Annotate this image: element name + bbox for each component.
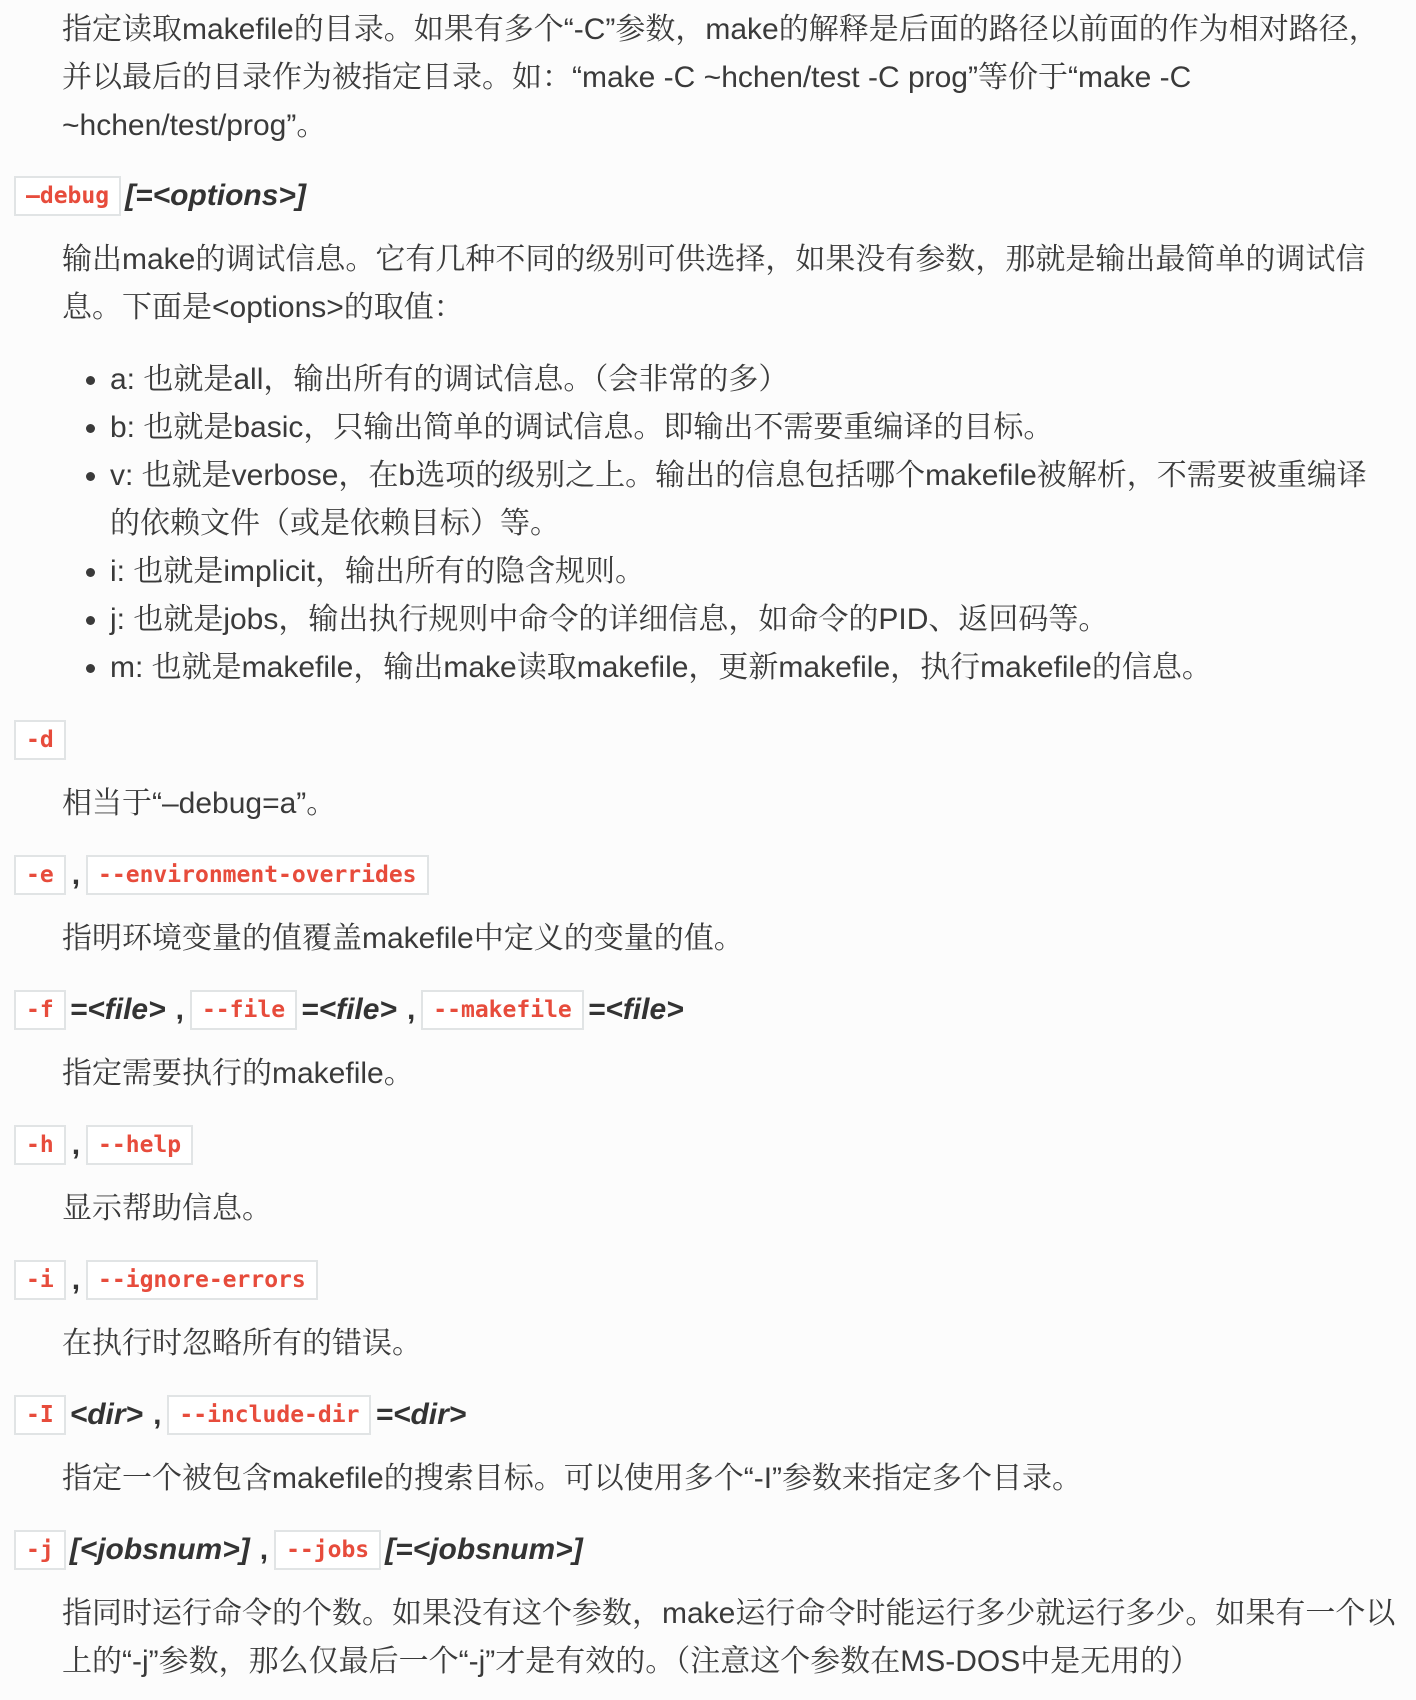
separator: , <box>72 1263 80 1297</box>
separator: , <box>260 1533 268 1567</box>
list-item: j: 也就是jobs，输出执行规则中命令的详细信息，如命令的PID、返回码等。 <box>110 596 1396 644</box>
flag-f: -f <box>14 990 66 1030</box>
flag-ignore-errors: --ignore-errors <box>86 1260 318 1300</box>
flag-environment-overrides: --environment-overrides <box>86 855 429 895</box>
flag-I: -I <box>14 1395 66 1435</box>
option-j: -j [<jobsnum>], --jobs [=<jobsnum>] <box>14 1530 587 1570</box>
flag-file: --file <box>190 990 297 1030</box>
list-item: b: 也就是basic，只输出简单的调试信息。即输出不需要重编译的目标。 <box>110 404 1396 452</box>
arg-dir: =<dir> <box>375 1398 466 1432</box>
flag-debug: –debug <box>14 176 121 216</box>
arg-options: [=<options>] <box>125 179 306 213</box>
flag-j: -j <box>14 1530 66 1570</box>
option-d: -d <box>14 720 66 760</box>
arg-jobsnum: [=<jobsnum>] <box>385 1533 583 1567</box>
option-i: -i , --ignore-errors <box>14 1260 318 1300</box>
flag-makefile: --makefile <box>421 990 583 1030</box>
e-description: 指明环境变量的值覆盖makefile中定义的变量的值。 <box>62 915 1396 963</box>
option-debug: –debug [=<options>] <box>14 176 310 216</box>
f-description: 指定需要执行的makefile。 <box>62 1050 1396 1098</box>
d-description: 相当于“–debug=a”。 <box>62 780 1396 828</box>
flag-i: -i <box>14 1260 66 1300</box>
i-description: 在执行时忽略所有的错误。 <box>62 1320 1396 1368</box>
arg-dir: <dir> <box>70 1398 143 1432</box>
separator: , <box>153 1398 161 1432</box>
option-f: -f =<file>, --file =<file>, --makefile =… <box>14 990 688 1030</box>
list-item: i: 也就是implicit，输出所有的隐含规则。 <box>110 548 1396 596</box>
flag-e: -e <box>14 855 66 895</box>
list-item: a: 也就是all，输出所有的调试信息。（会非常的多） <box>110 356 1396 404</box>
debug-description: 输出make的调试信息。它有几种不同的级别可供选择，如果没有参数，那就是输出最简… <box>62 236 1396 332</box>
I-description: 指定一个被包含makefile的搜索目标。可以使用多个“-I”参数来指定多个目录… <box>62 1455 1396 1503</box>
list-item: v: 也就是verbose，在b选项的级别之上。输出的信息包括哪个makefil… <box>110 452 1396 548</box>
flag-d: -d <box>14 720 66 760</box>
flag-help: --help <box>86 1125 193 1165</box>
option-h: -h , --help <box>14 1125 193 1165</box>
flag-jobs: --jobs <box>274 1530 381 1570</box>
separator: , <box>72 858 80 892</box>
list-item: m: 也就是makefile，输出make读取makefile，更新makefi… <box>110 644 1396 692</box>
option-I: -I <dir>, --include-dir =<dir> <box>14 1395 470 1435</box>
j-description: 指同时运行命令的个数。如果没有这个参数，make运行命令时能运行多少就运行多少。… <box>62 1590 1396 1686</box>
option-e: -e , --environment-overrides <box>14 855 429 895</box>
arg-file: =<file> <box>70 993 166 1027</box>
debug-levels-list: a: 也就是all，输出所有的调试信息。（会非常的多） b: 也就是basic，… <box>62 356 1396 692</box>
separator: , <box>176 993 184 1027</box>
separator: , <box>407 993 415 1027</box>
arg-jobsnum: [<jobsnum>] <box>70 1533 250 1567</box>
intro-paragraph: 指定读取makefile的目录。如果有多个“-C”参数，make的解释是后面的路… <box>62 6 1396 150</box>
flag-include-dir: --include-dir <box>167 1395 371 1435</box>
h-description: 显示帮助信息。 <box>62 1185 1396 1233</box>
flag-h: -h <box>14 1125 66 1165</box>
separator: , <box>72 1128 80 1162</box>
arg-file: =<file> <box>301 993 397 1027</box>
arg-file: =<file> <box>588 993 684 1027</box>
document-page: 指定读取makefile的目录。如果有多个“-C”参数，make的解释是后面的路… <box>0 0 1416 1700</box>
